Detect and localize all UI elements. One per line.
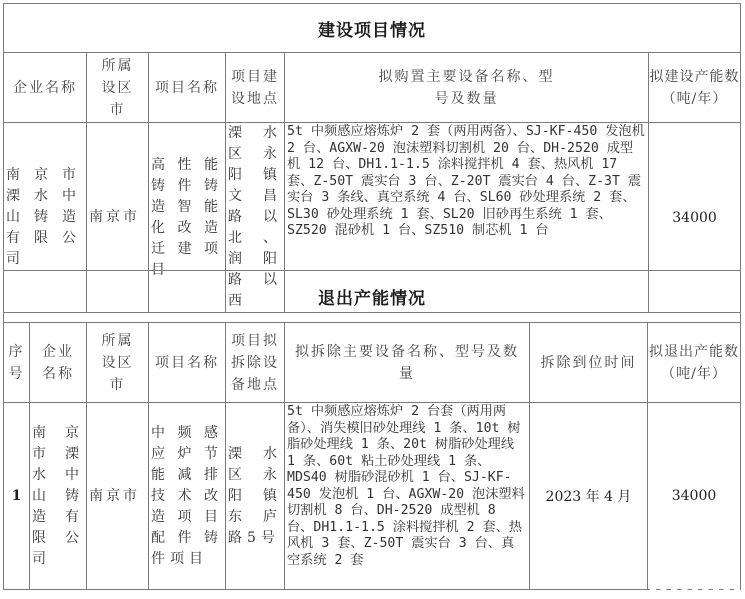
table-row: 1 南京市溧水中山铸造有限公司 南京市 中频感应炉节能减排技术改造项目配件铸件项…: [4, 403, 741, 590]
exit-section-title: 退出产能情况: [4, 271, 741, 323]
header-capacity: 拟退出产能数（吨/年）: [648, 323, 741, 403]
capacity-value: 34000: [648, 403, 741, 590]
header-seq: 序号: [4, 323, 30, 403]
header-capacity: 拟建设产能数（吨/年）: [649, 53, 741, 123]
company-name: 南京市溧水中山铸造有限公司: [30, 403, 87, 590]
header-company: 企业名称: [4, 53, 87, 123]
header-company: 企业名称: [30, 323, 87, 403]
seq-number: 1: [4, 403, 30, 590]
exit-capacity-table: 退出产能情况 序号 企业名称 所属设区市 项目名称 项目拟拆除设备地点 拟拆除主…: [3, 270, 741, 590]
header-city: 所属设区市: [87, 53, 149, 123]
header-location: 项目拟拆除设备地点: [226, 323, 285, 403]
header-project: 项目名称: [149, 53, 226, 123]
project-name: 中频感应炉节能减排技术改造项目配件铸件项目: [149, 403, 226, 590]
header-location: 项目建设地点: [226, 53, 285, 123]
construction-section-title: 建设项目情况: [4, 4, 741, 53]
watermark-mark: [650, 585, 740, 591]
header-project: 项目名称: [149, 323, 226, 403]
header-city: 所属设区市: [87, 323, 149, 403]
removal-location: 溧水区永阳镇东庐路5号: [226, 403, 285, 590]
header-equipment: 拟拆除主要设备名称、型号及数量: [285, 323, 530, 403]
construction-project-table: 建设项目情况 企业名称 所属设区市 项目名称 项目建设地点 拟购置主要设备名称、…: [3, 3, 741, 313]
header-equipment: 拟购置主要设备名称、型号及数量: [285, 53, 649, 123]
city: 南京市: [87, 403, 149, 590]
removal-time: 2023 年 4 月: [530, 403, 648, 590]
removal-equipment-list: 5t 中频感应熔炼炉 2 台套（两用两备）、消失模旧砂处理线 1 条、10t 树…: [285, 403, 530, 590]
header-time: 拆除到位时间: [530, 323, 648, 403]
